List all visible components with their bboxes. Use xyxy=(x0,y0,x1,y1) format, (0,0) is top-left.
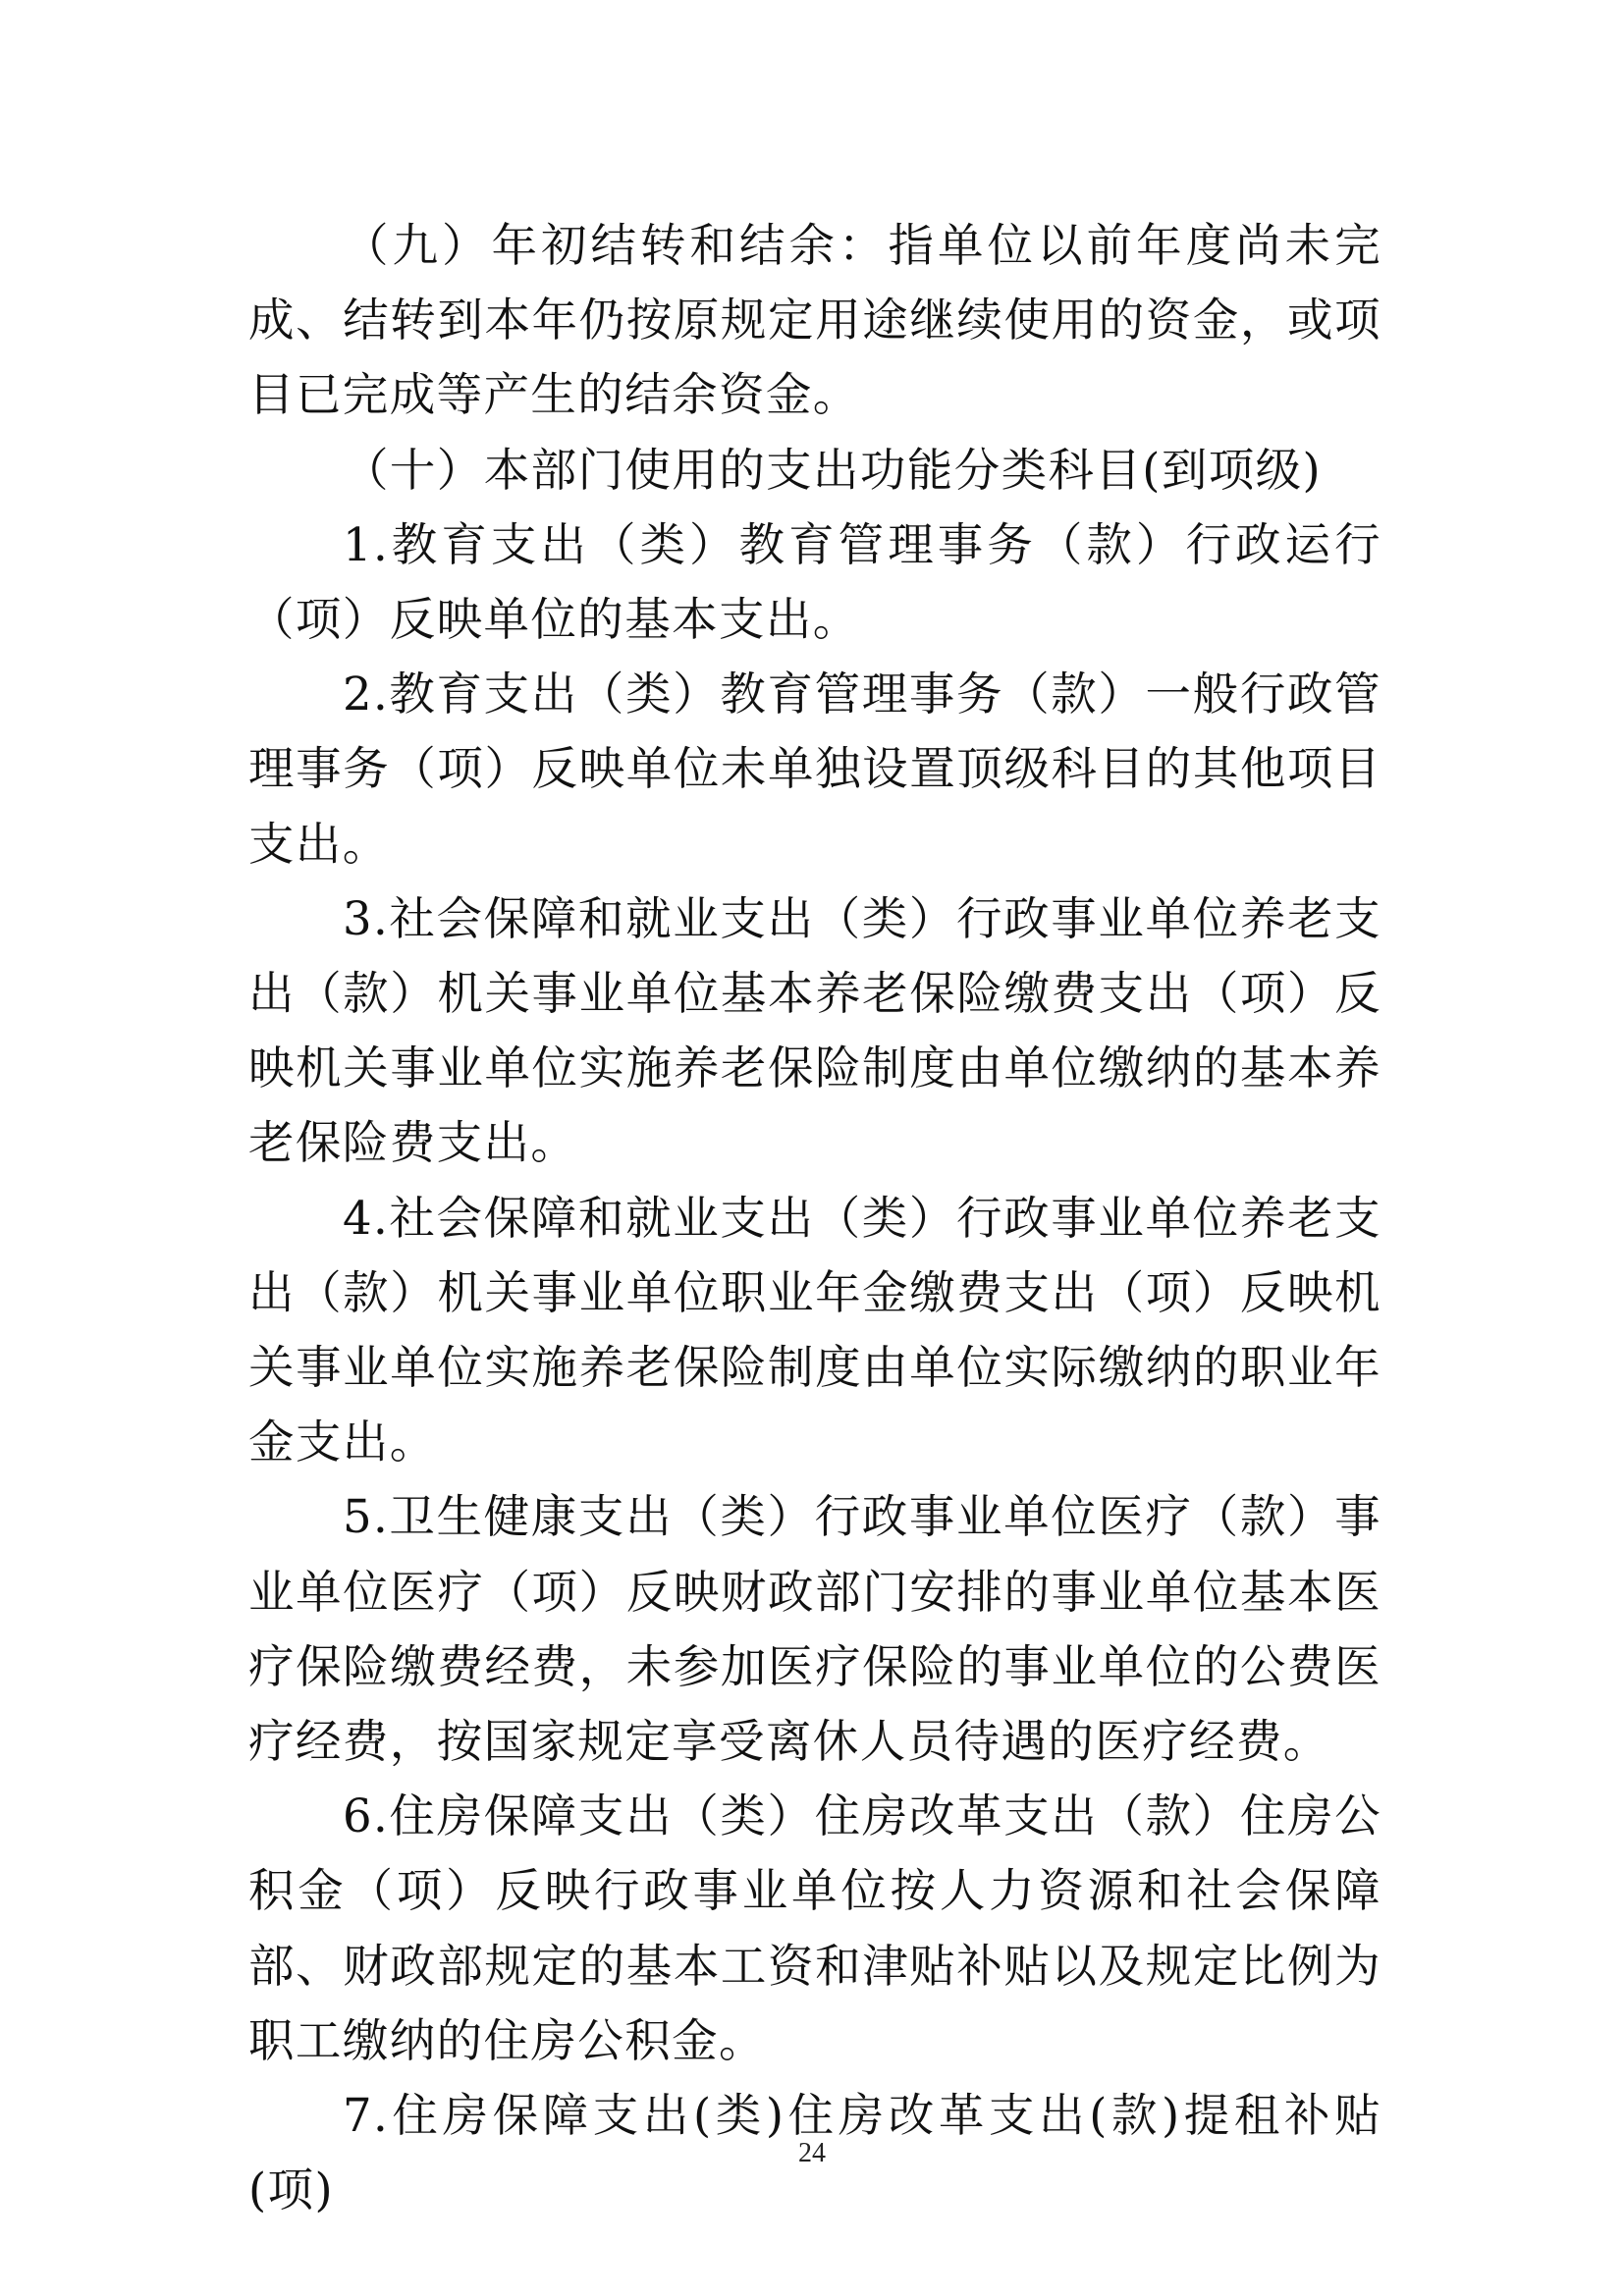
document-page: （九）年初结转和结余：指单位以前年度尚未完成、结转到本年仍按原规定用途继续使用的… xyxy=(0,0,1624,2296)
paragraph-item-2: 2.教育支出（类）教育管理事务（款）一般行政管理事务（项）反映单位未单独设置顶级… xyxy=(248,657,1381,881)
paragraph-item-4: 4.社会保障和就业支出（类）行政事业单位养老支出（款）机关事业单位职业年金缴费支… xyxy=(248,1181,1381,1480)
paragraph-item-1: 1.教育支出（类）教育管理事务（款）行政运行（项）反映单位的基本支出。 xyxy=(248,507,1381,657)
paragraph-section-ten-heading: （十）本部门使用的支出功能分类科目(到项级) xyxy=(248,433,1381,507)
page-number: 24 xyxy=(0,2138,1624,2169)
paragraph-item-6: 6.住房保障支出（类）住房改革支出（款）住房公积金（项）反映行政事业单位按人力资… xyxy=(248,1779,1381,2078)
body-text: （九）年初结转和结余：指单位以前年度尚未完成、结转到本年仍按原规定用途继续使用的… xyxy=(248,208,1381,2227)
paragraph-item-3: 3.社会保障和就业支出（类）行政事业单位养老支出（款）机关事业单位基本养老保险缴… xyxy=(248,881,1381,1181)
paragraph-item-5: 5.卫生健康支出（类）行政事业单位医疗（款）事业单位医疗（项）反映财政部门安排的… xyxy=(248,1479,1381,1779)
paragraph-carryover-balance: （九）年初结转和结余：指单位以前年度尚未完成、结转到本年仍按原规定用途继续使用的… xyxy=(248,208,1381,433)
